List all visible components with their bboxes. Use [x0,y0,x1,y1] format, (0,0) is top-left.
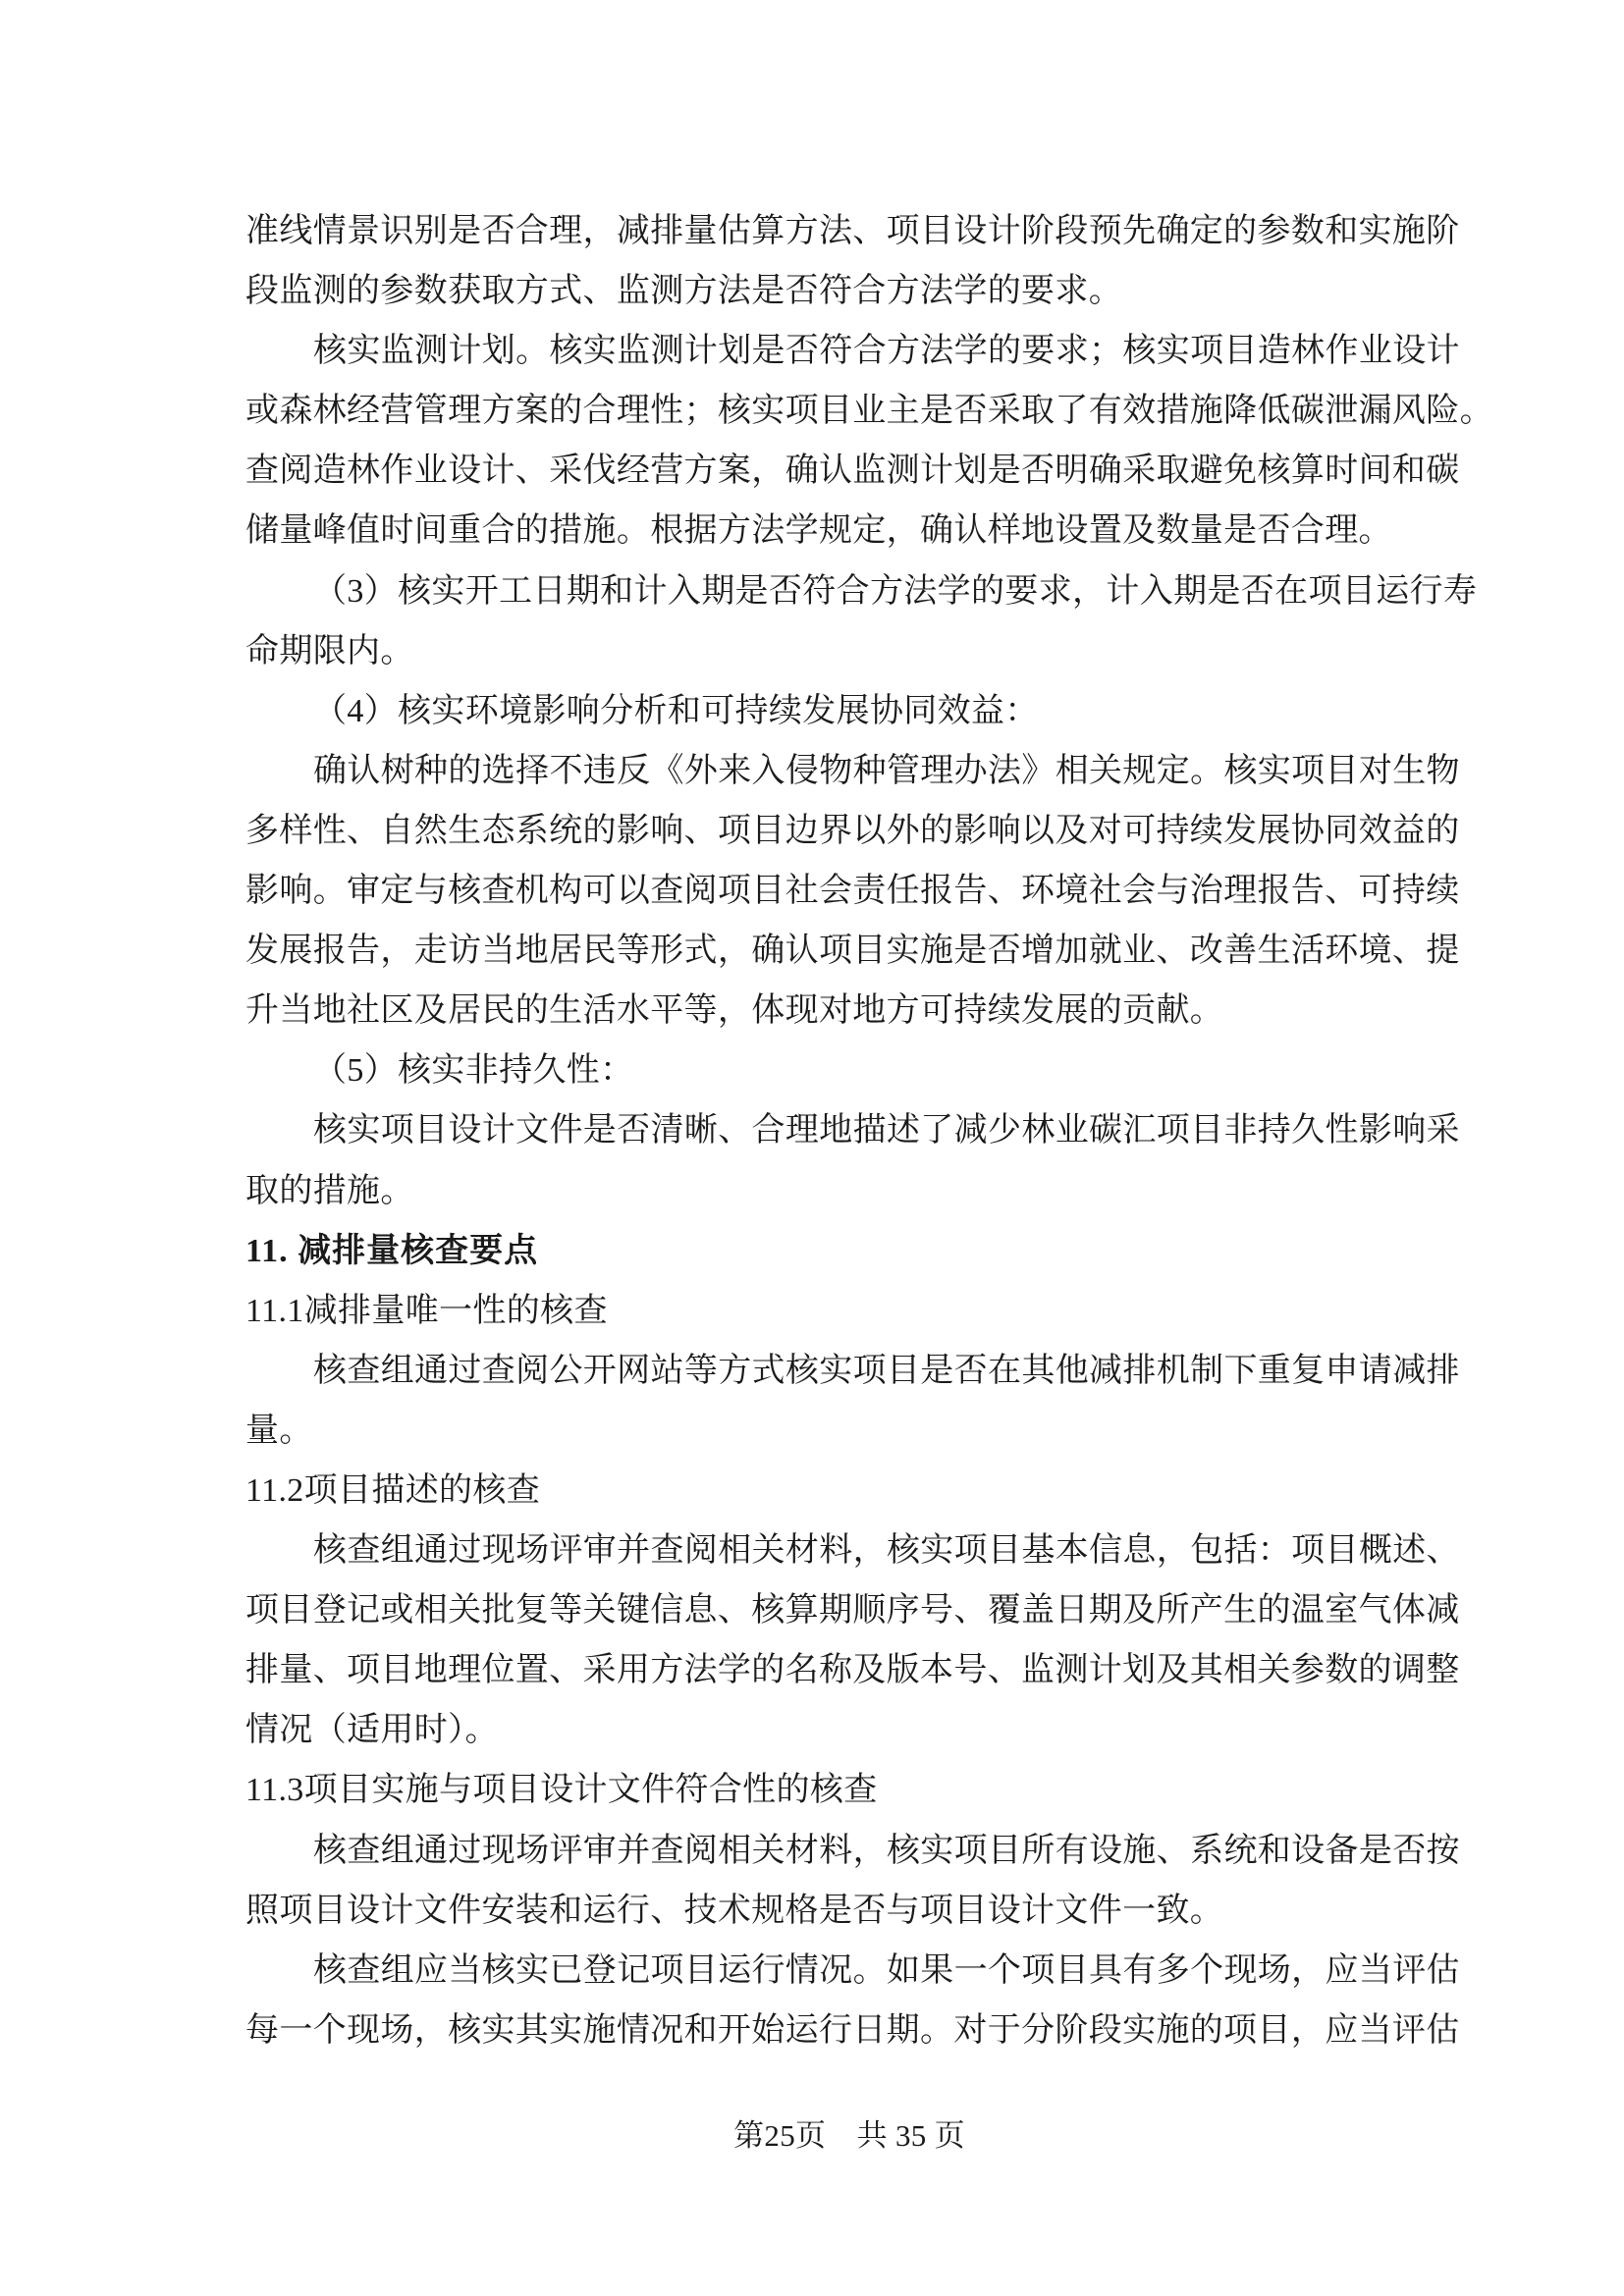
text-line: 段监测的参数获取方式、监测方法是否符合方法学的要求。 [245,261,1522,321]
text-line: 核查组通过现场评审并查阅相关材料，核实项目基本信息，包括：项目概述、 [245,1521,1522,1580]
text-line: （3）核实开工日期和计入期是否符合方法学的要求，计入期是否在项目运行寿 [245,561,1522,621]
text-line: 准线情景识别是否合理，减排量估算方法、项目设计阶段预先确定的参数和实施阶 [245,201,1522,261]
text-line: 照项目设计文件安装和运行、技术规格是否与项目设计文件一致。 [245,1881,1522,1941]
text-line: 量。 [245,1401,1522,1461]
text-line: 核查组通过现场评审并查阅相关材料，核实项目所有设施、系统和设备是否按 [245,1821,1522,1881]
text-line: 影响。审定与核查机构可以查阅项目社会责任报告、环境社会与治理报告、可持续 [245,861,1522,921]
text-line: 取的措施。 [245,1161,1522,1221]
text-line: 项目登记或相关批复等关键信息、核算期顺序号、覆盖日期及所产生的温室气体减 [245,1580,1522,1640]
text-line: 排量、项目地理位置、采用方法学的名称及版本号、监测计划及其相关参数的调整 [245,1640,1522,1700]
text-line: 命期限内。 [245,621,1522,681]
page-footer: 第25页 共 35 页 [37,2106,1624,2166]
text-line: （5）核实非持久性： [245,1041,1522,1100]
text-line: 核查组应当核实已登记项目运行情况。如果一个项目具有多个现场，应当评估 [245,1941,1522,2001]
text-line: 或森林经营管理方案的合理性；核实项目业主是否采取了有效措施降低碳泄漏风险。 [245,381,1522,441]
text-line: 核实项目设计文件是否清晰、合理地描述了减少林业碳汇项目非持久性影响采 [245,1100,1522,1160]
page-number-text: 第25页 共 35 页 [733,2118,965,2153]
text-line: 查阅造林作业设计、采伐经营方案，确认监测计划是否明确采取避免核算时间和碳 [245,441,1522,501]
text-line: 核查组通过查阅公开网站等方式核实项目是否在其他减排机制下重复申请减排 [245,1341,1522,1401]
text-line: 多样性、自然生态系统的影响、项目边界以外的影响以及对可持续发展协同效益的 [245,801,1522,861]
text-line: 11.1减排量唯一性的核查 [245,1281,1522,1341]
text-line: 情况（适用时）。 [245,1700,1522,1760]
text-line: 发展报告，走访当地居民等形式，确认项目实施是否增加就业、改善生活环境、提 [245,921,1522,981]
text-line: 储量峰值时间重合的措施。根据方法学规定，确认样地设置及数量是否合理。 [245,501,1522,561]
text-line: 11.2项目描述的核查 [245,1461,1522,1521]
text-line: 确认树种的选择不违反《外来入侵物种管理办法》相关规定。核实项目对生物 [245,741,1522,801]
document-body: 准线情景识别是否合理，减排量估算方法、项目设计阶段预先确定的参数和实施阶段监测的… [245,201,1522,2060]
text-line: （4）核实环境影响分析和可持续发展协同效益： [245,681,1522,741]
text-line: 升当地社区及居民的生活水平等，体现对地方可持续发展的贡献。 [245,981,1522,1041]
text-line: 11.3项目实施与项目设计文件符合性的核查 [245,1760,1522,1820]
document-page: 准线情景识别是否合理，减排量估算方法、项目设计阶段预先确定的参数和实施阶段监测的… [0,0,1624,2296]
text-line: 11. 减排量核查要点 [245,1221,1522,1281]
text-line: 每一个现场，核实其实施情况和开始运行日期。对于分阶段实施的项目，应当评估 [245,2001,1522,2060]
text-line: 核实监测计划。核实监测计划是否符合方法学的要求；核实项目造林作业设计 [245,321,1522,381]
